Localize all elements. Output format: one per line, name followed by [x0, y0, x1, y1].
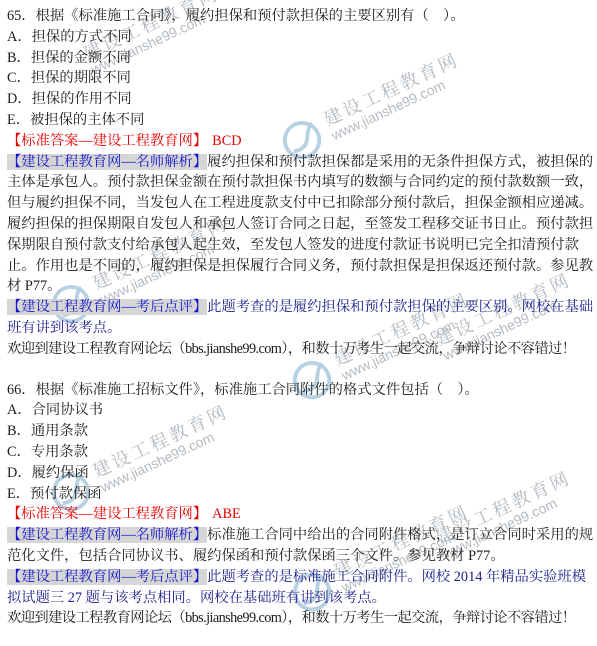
exam-document-page: { "colors": { "body_text": "#1b1b1b", "a…	[0, 0, 597, 646]
option-key: D．	[7, 91, 32, 107]
question-number: 65．	[7, 8, 36, 24]
forum-url: bbs.jianshe99.com	[185, 341, 281, 357]
answer-label: 【标准答案—建设工程教育网】	[7, 506, 207, 522]
answer-value: BCD	[212, 133, 241, 149]
option-b: B．通用条款	[7, 421, 597, 442]
option-key: E．	[7, 112, 30, 128]
document-content: 65．根据《标准施工合同》，履约担保和预付款担保的主要区别有（ ）。 A．担保的…	[0, 0, 597, 629]
teacher-analysis: 【建设工程教育网—名师解析】标准施工合同中给出的合同附件格式，是订立合同时采用的…	[7, 525, 597, 567]
option-key: B．	[7, 423, 31, 439]
forum-url: bbs.jianshe99.com	[185, 610, 281, 626]
comment-label: 【建设工程教育网—考后点评】	[7, 299, 207, 315]
teacher-analysis: 【建设工程教育网—名师解析】履约担保和预付款担保都是采用的无条件担保方式，被担保…	[7, 152, 597, 298]
option-key: C．	[7, 444, 31, 460]
exam-comment: 【建设工程教育网—考后点评】此题考查的是标准施工合同附件。网校 2014 年精品…	[7, 567, 597, 609]
comment-label: 【建设工程教育网—考后点评】	[7, 569, 207, 585]
option-text: 预付款保函	[30, 486, 101, 502]
option-key: E．	[7, 486, 30, 502]
option-key: A．	[7, 402, 32, 418]
standard-answer-line: 【标准答案—建设工程教育网】BCD	[7, 131, 597, 152]
option-text: 被担保的主体不同	[30, 112, 144, 128]
standard-answer-line: 【标准答案—建设工程教育网】ABE	[7, 504, 597, 525]
option-text: 担保的方式不同	[32, 29, 132, 45]
option-text: 通用条款	[31, 423, 88, 439]
forum-invite-post: ），和数十万考生一起交流，争辩讨论不容错过！	[281, 610, 575, 626]
option-text: 专用条款	[31, 444, 88, 460]
question-stem: 66．根据《标准施工招标文件》，标准施工合同附件的格式文件包括（ ）。	[7, 380, 597, 401]
analysis-label: 【建设工程教育网—名师解析】	[7, 154, 207, 170]
option-d: D．履约保函	[7, 463, 597, 484]
option-a: A．合同协议书	[7, 400, 597, 421]
option-e: E．被担保的主体不同	[7, 110, 597, 131]
question-stem: 65．根据《标准施工合同》，履约担保和预付款担保的主要区别有（ ）。	[7, 6, 597, 27]
option-text: 担保的作用不同	[32, 91, 132, 107]
answer-label: 【标准答案—建设工程教育网】	[7, 133, 207, 149]
option-text: 担保的期限不同	[31, 70, 131, 86]
question-stem-text: 根据《标准施工合同》，履约担保和预付款担保的主要区别有（ ）。	[36, 8, 465, 24]
option-c: C．专用条款	[7, 442, 597, 463]
option-e: E．预付款保函	[7, 484, 597, 505]
forum-invite-pre: 欢迎到建设工程教育网论坛（	[7, 341, 185, 357]
option-key: C．	[7, 70, 31, 86]
forum-invite-line: 欢迎到建设工程教育网论坛（bbs.jianshe99.com），和数十万考生一起…	[7, 608, 597, 629]
question-block-66: 66．根据《标准施工招标文件》，标准施工合同附件的格式文件包括（ ）。 A．合同…	[7, 380, 597, 630]
option-key: D．	[7, 465, 32, 481]
question-number: 66．	[7, 382, 36, 398]
question-stem-text: 根据《标准施工招标文件》，标准施工合同附件的格式文件包括（ ）。	[36, 382, 479, 398]
forum-invite-pre: 欢迎到建设工程教育网论坛（	[7, 610, 185, 626]
option-b: B．担保的金额不同	[7, 48, 597, 69]
exam-comment: 【建设工程教育网—考后点评】此题考查的是履约担保和预付款担保的主要区别。网校在基…	[7, 297, 597, 339]
analysis-label: 【建设工程教育网—名师解析】	[7, 527, 207, 543]
option-key: A．	[7, 29, 32, 45]
option-key: B．	[7, 50, 31, 66]
question-block-65: 65．根据《标准施工合同》，履约担保和预付款担保的主要区别有（ ）。 A．担保的…	[7, 6, 597, 360]
option-d: D．担保的作用不同	[7, 89, 597, 110]
option-a: A．担保的方式不同	[7, 27, 597, 48]
answer-value: ABE	[212, 506, 241, 522]
analysis-text: 履约担保和预付款担保都是采用的无条件担保方式，被担保的主体是承包人。预付款担保金…	[7, 154, 593, 295]
option-text: 担保的金额不同	[31, 50, 131, 66]
option-c: C．担保的期限不同	[7, 68, 597, 89]
option-text: 合同协议书	[32, 402, 103, 418]
forum-invite-post: ），和数十万考生一起交流，争辩讨论不容错过！	[281, 341, 575, 357]
option-text: 履约保函	[32, 465, 89, 481]
forum-invite-line: 欢迎到建设工程教育网论坛（bbs.jianshe99.com），和数十万考生一起…	[7, 339, 597, 360]
